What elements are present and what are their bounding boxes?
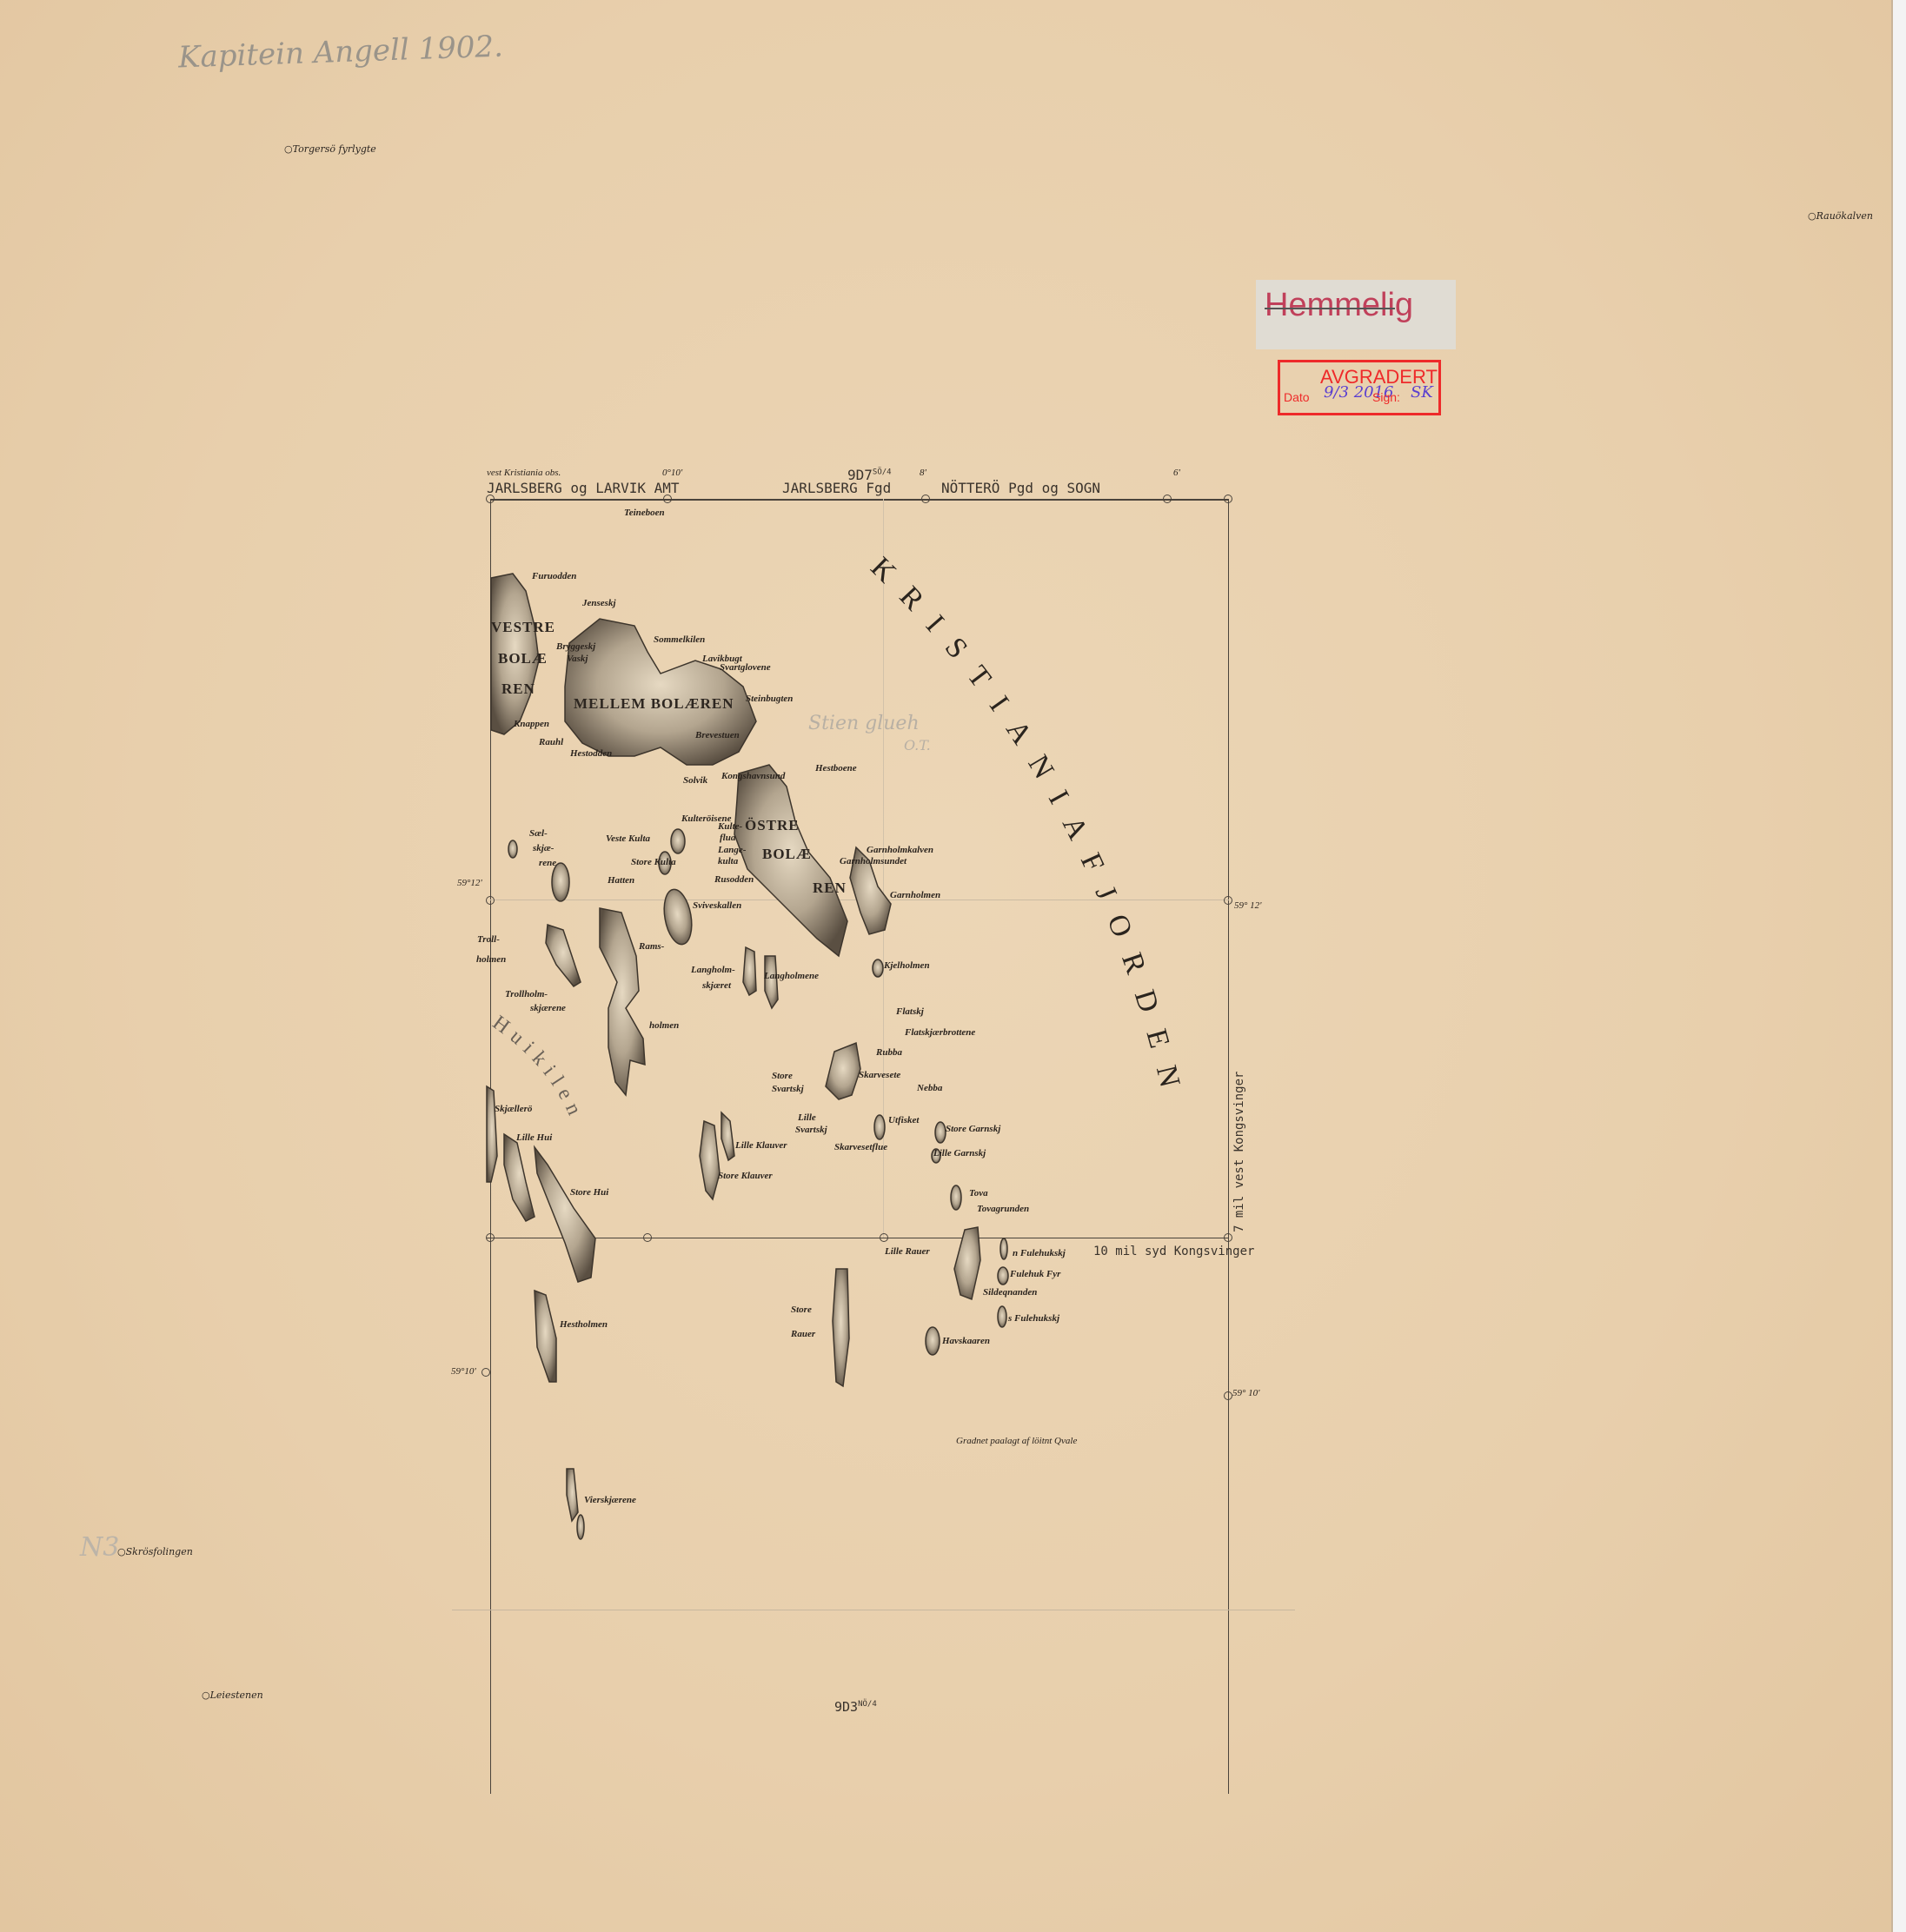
place-label: Garnholmsundet — [840, 856, 907, 866]
place-label: Store Klauver — [718, 1171, 773, 1181]
place-label: Lille Klauver — [735, 1140, 787, 1151]
place-label: Svartglovene — [720, 662, 771, 673]
place-label: Langholmene — [764, 971, 819, 981]
place-label: rene — [539, 858, 556, 868]
place-label: holmen — [649, 1020, 679, 1031]
place-label: Sæl- — [529, 828, 548, 839]
place-label: holmen — [476, 954, 506, 965]
place-label: Fulehuk Fyr — [1010, 1269, 1060, 1279]
place-label: Vierskjærene — [584, 1495, 636, 1505]
place-label: Svartskj — [795, 1125, 827, 1135]
place-label: Tova — [969, 1188, 988, 1198]
place-label: s Fulehukskj — [1008, 1313, 1059, 1324]
place-label: Garnholmen — [890, 890, 940, 900]
place-label: Rauhl — [539, 737, 563, 747]
place-label: skjærene — [530, 1003, 566, 1013]
place-label: Skarvesetflue — [834, 1142, 887, 1152]
place-label: Skarvesete — [859, 1070, 900, 1080]
place-label: Hestholmen — [560, 1319, 608, 1330]
place-label: Tovagrunden — [977, 1204, 1029, 1214]
place-label: Skjællerö — [495, 1104, 532, 1114]
place-label: Flatskjærbrottene — [905, 1027, 975, 1038]
place-label: Teineboen — [624, 508, 665, 518]
svg-text:KRISTIANIAFJORDEN: KRISTIANIAFJORDEN — [865, 551, 1191, 1109]
place-label: Veste Kulta — [606, 833, 650, 844]
place-label: Rams- — [639, 941, 664, 952]
place-label: Brevestuen — [695, 730, 740, 740]
place-label: Jenseskj — [582, 598, 616, 608]
place-label: Sviveskallen — [693, 900, 741, 911]
place-label: Lange- — [718, 845, 746, 855]
place-label: Troll- — [477, 934, 500, 945]
place-label: Steinbugten — [746, 694, 793, 704]
place-label: Lille Rauer — [885, 1246, 930, 1257]
place-label: Garnholmkalven — [867, 845, 933, 855]
place-label: Knappen — [514, 719, 549, 729]
map-sheet: Kapitein Angell 1902. Stien glueh O.T. N… — [0, 0, 1893, 1932]
place-label: Store — [772, 1071, 793, 1081]
place-label: n Fulehukskj — [1013, 1248, 1066, 1258]
place-label: Lille — [798, 1112, 816, 1123]
place-label: Flatskj — [896, 1006, 924, 1017]
place-label: Kulte- — [718, 821, 742, 832]
place-label: Store Garnskj — [946, 1124, 1000, 1134]
place-label: kulta — [718, 856, 738, 866]
place-label: Nebba — [917, 1083, 942, 1093]
place-label: Lille Hui — [516, 1132, 552, 1143]
place-label: Kjelholmen — [884, 960, 930, 971]
place-label: Hatten — [608, 875, 634, 886]
place-label: Trollholm- — [505, 989, 548, 999]
place-label: skjæret — [702, 980, 731, 991]
place-label: Rauer — [791, 1329, 815, 1339]
place-label: Havskaaren — [942, 1336, 990, 1346]
place-label: Lille Garnskj — [933, 1148, 986, 1159]
place-label: skjæ- — [533, 843, 554, 853]
place-label: flua — [720, 833, 735, 843]
place-label: Svartskj — [772, 1084, 804, 1094]
place-label: Utfisket — [888, 1115, 919, 1125]
place-label: Store Kulta — [631, 857, 676, 867]
place-label: Hestodden — [570, 748, 612, 759]
place-label: Sildeqnanden — [983, 1287, 1037, 1298]
place-label: Sommelkilen — [654, 634, 705, 645]
place-label: Vaskj — [567, 654, 588, 664]
fjord-name: KRISTIANIAFJORDEN Huikilen — [0, 0, 1906, 1932]
place-label: Store — [791, 1305, 812, 1315]
place-label: Furuodden — [532, 571, 576, 581]
place-label: Rubba — [876, 1047, 902, 1058]
place-label: Store Hui — [570, 1187, 608, 1198]
place-label: Rusodden — [714, 874, 754, 885]
fjord-label: KRISTIANIAFJORDEN — [865, 551, 1191, 1109]
place-label: Hestboene — [815, 763, 857, 773]
place-label: Kongshavnsund — [721, 771, 785, 781]
place-label: Solvik — [683, 775, 707, 786]
place-label: Bryggeskj — [556, 641, 595, 652]
place-label: Langholm- — [691, 965, 735, 975]
